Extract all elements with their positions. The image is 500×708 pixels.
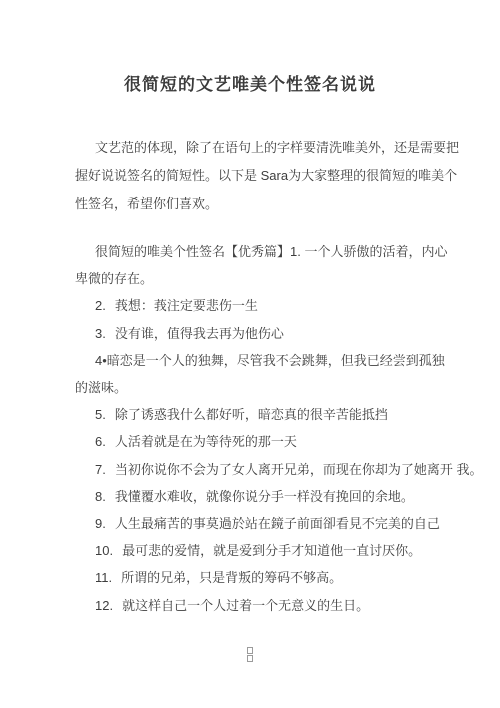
list-item: 8.我懂覆水难收，就像你说分手一样没有挽回的余地。 (75, 483, 480, 510)
item-text: 所谓的兄弟，只是背叛的筹码不够高。 (121, 570, 342, 585)
intro-line: 握好说说签名的简短性。以下是 Sara为大家整理的很简短的唯美个 (75, 162, 480, 190)
intro-paragraph: 文艺范的体现，除了在语句上的字样要清洗唯美外，还是需要把 握好说说签名的简短性。… (75, 134, 480, 218)
item-number: 7. (95, 456, 106, 483)
intro-line: 性签名，希望你们喜欢。 (75, 190, 480, 218)
item-number: 6. (95, 428, 106, 455)
list-item: 2.莪想：莪注定要悲伤一生 (75, 292, 480, 319)
list-item: 10.最可悲的爱情，就是爱到分手才知道他一直讨厌你。 (75, 537, 480, 564)
document-page: 很简短的文艺唯美个性签名说说 文艺范的体现，除了在语句上的字样要清洗唯美外，还是… (0, 0, 500, 708)
item-number: 12. (95, 592, 113, 619)
list-item: 3.没有谁，值得我去再为他伤心 (75, 320, 480, 347)
item-number: 5. (95, 401, 106, 428)
item-text: 就这样自己一个人过着一个无意义的生日。 (122, 598, 369, 613)
section-heading-item1-line: 卑微的存在。 (75, 265, 480, 292)
list-item-4-line: 的滋味。 (75, 374, 480, 401)
intro-line: 文艺范的体现，除了在语句上的字样要清洗唯美外，还是需要把 (75, 134, 480, 162)
item-text: 人生最痛苦的事莫過於站在鏡子前面卻看見不完美的自己 (115, 516, 440, 531)
list-item: 7.当初你说你不会为了女人离开兄弟，而现在你却为了她离开 我。 (75, 456, 480, 483)
item-number: 10. (95, 537, 113, 564)
signature-list: 很简短的唯美个性签名【优秀篇】1. 一个人骄傲的活着，内心 卑微的存在。 2.莪… (75, 238, 480, 619)
item-number: 2. (95, 292, 106, 319)
list-item: 9.人生最痛苦的事莫過於站在鏡子前面卻看見不完美的自己 (75, 510, 480, 537)
list-item-4-line: 4•暗恋是一个人的独舞，尽管我不会跳舞，但我已经尝到孤独 (75, 347, 480, 374)
item-text: 人活着就是在为等待死的那一天 (115, 434, 297, 449)
section-heading-item1-line: 很简短的唯美个性签名【优秀篇】1. 一个人骄傲的活着，内心 (75, 238, 480, 265)
item-text: 除了诱惑我什么都好听，暗恋真的很辛苦能抵挡 (115, 407, 388, 422)
tofu-box-icon (247, 655, 253, 662)
document-body: 文艺范的体现，除了在语句上的字样要清洗唯美外，还是需要把 握好说说签名的简短性。… (75, 134, 480, 619)
item-number: 3. (95, 320, 106, 347)
list-item: 12.就这样自己一个人过着一个无意义的生日。 (75, 592, 480, 619)
item-text: 我懂覆水难收，就像你说分手一样没有挽回的余地。 (115, 489, 414, 504)
tiny-tofu-boxes-icon (247, 647, 253, 662)
tofu-box-icon (247, 647, 253, 654)
list-item: 5.除了诱惑我什么都好听，暗恋真的很辛苦能抵挡 (75, 401, 480, 428)
item-text: 最可悲的爱情，就是爱到分手才知道他一直讨厌你。 (122, 543, 421, 558)
list-item: 11.所谓的兄弟，只是背叛的筹码不够高。 (75, 564, 480, 591)
item-text: 没有谁，值得我去再为他伤心 (115, 326, 284, 341)
item-number: 11. (95, 564, 112, 591)
item-text: 当初你说你不会为了女人离开兄弟，而现在你却为了她离开 我。 (115, 462, 483, 477)
item-text: 莪想：莪注定要悲伤一生 (115, 298, 258, 313)
item-number: 9. (95, 510, 106, 537)
page-title: 很简短的文艺唯美个性签名说说 (0, 72, 500, 98)
item-number: 8. (95, 483, 106, 510)
list-item: 6.人活着就是在为等待死的那一天 (75, 428, 480, 455)
